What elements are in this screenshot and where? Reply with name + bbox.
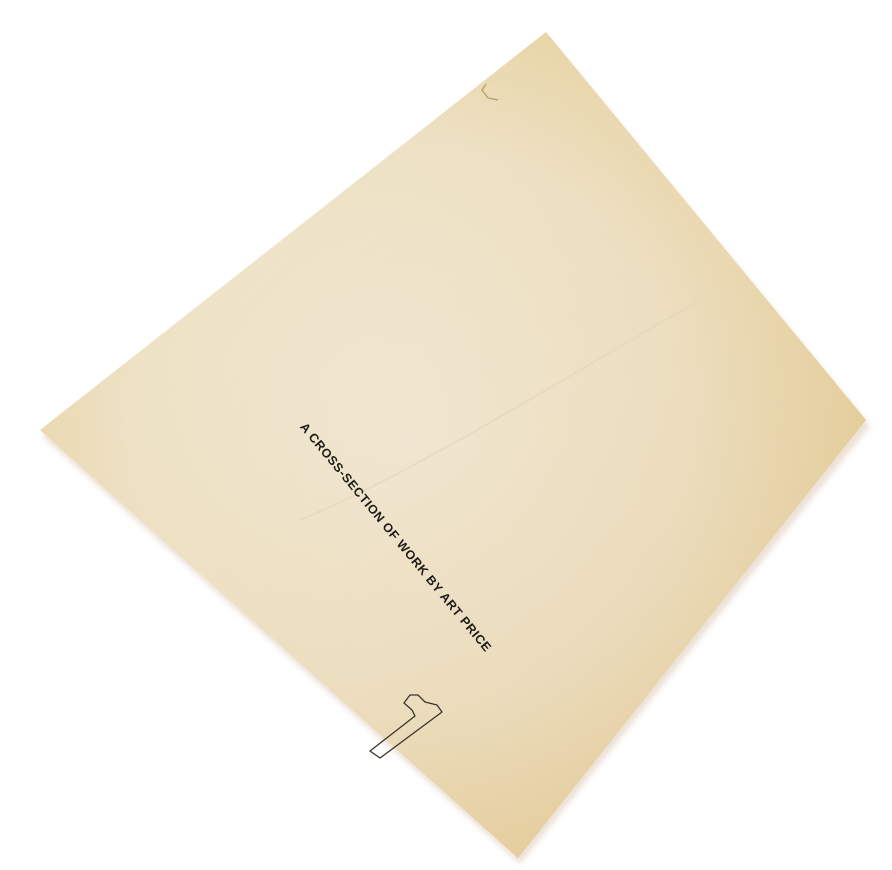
photo-stage: A CROSS-SECTION OF WORK BY ART PRICE <box>0 0 892 870</box>
book-cover <box>0 0 892 870</box>
cover-aging <box>40 32 866 858</box>
